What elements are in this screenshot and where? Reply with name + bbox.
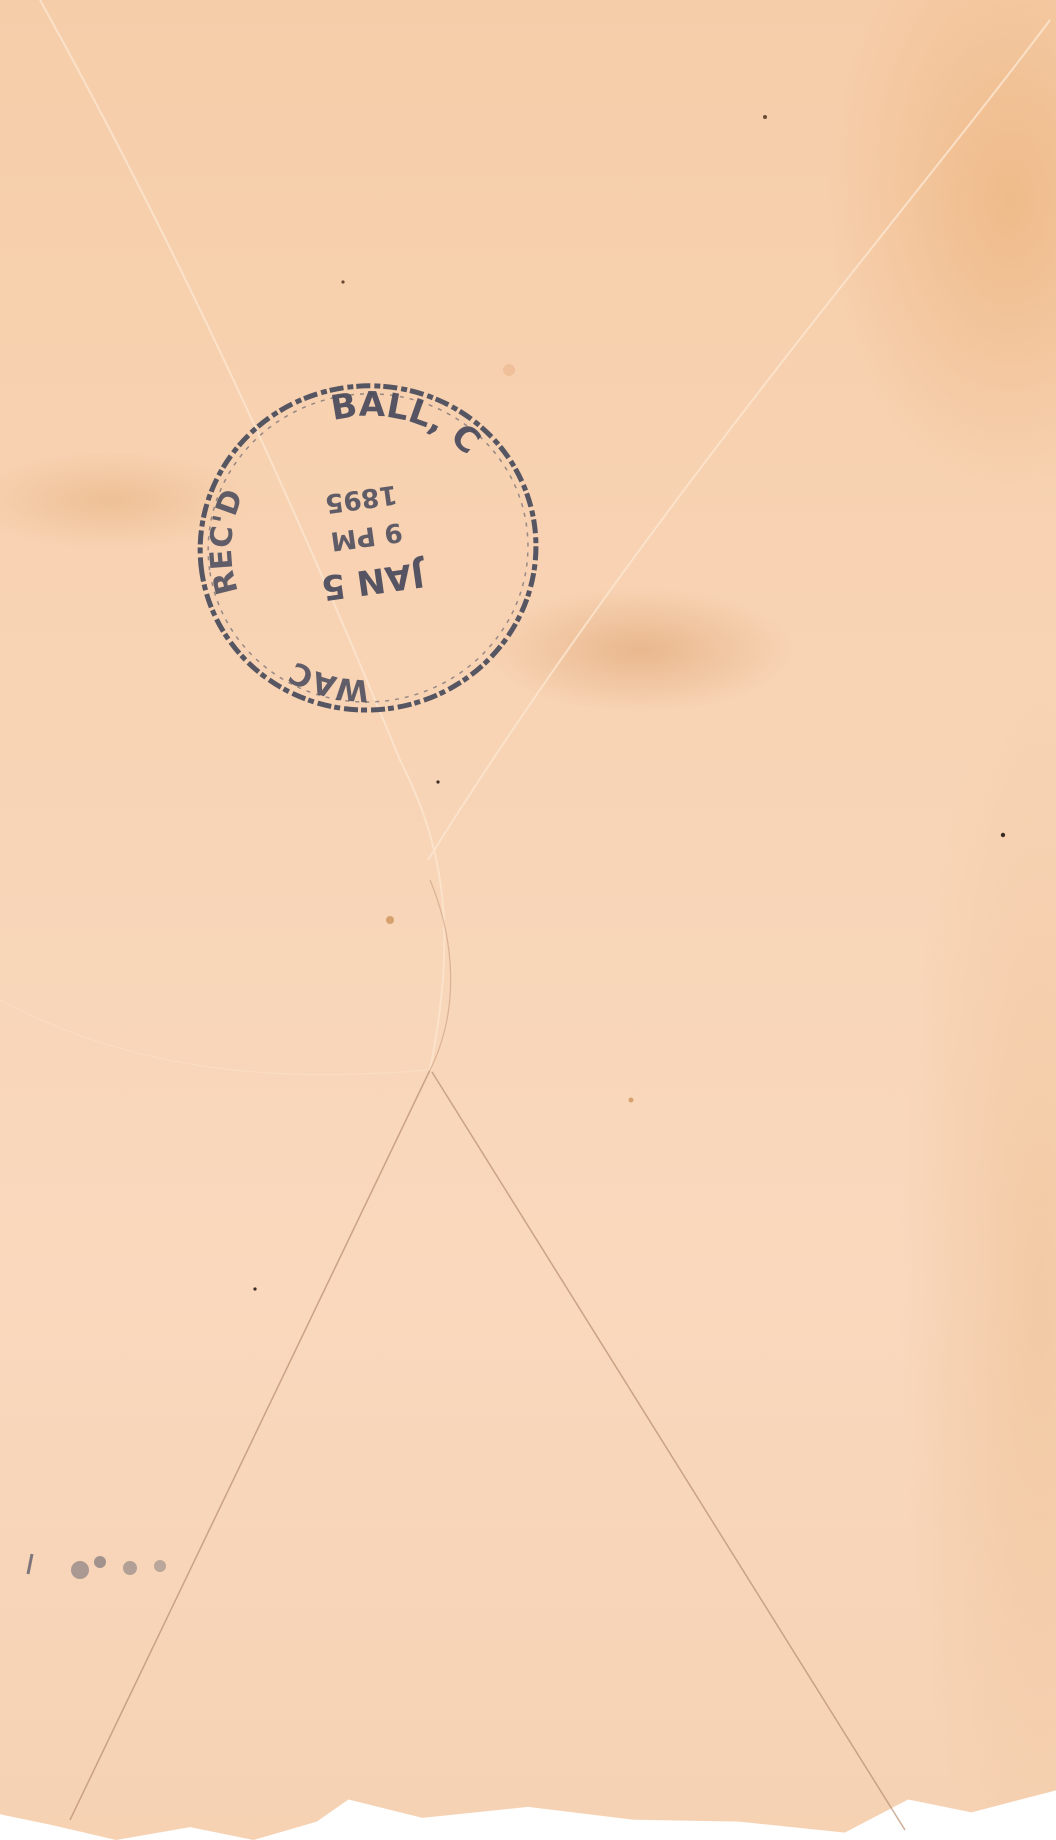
postmark-year: 1895: [323, 479, 399, 519]
postmark-date: JAN 5: [319, 553, 428, 607]
ink-smudge-marks: [20, 1540, 190, 1590]
postmark-stamp: WAC REC'D BALL, C JAN 5 9 PM 1895: [168, 352, 568, 743]
postmark-time: 9 PM: [329, 516, 405, 556]
